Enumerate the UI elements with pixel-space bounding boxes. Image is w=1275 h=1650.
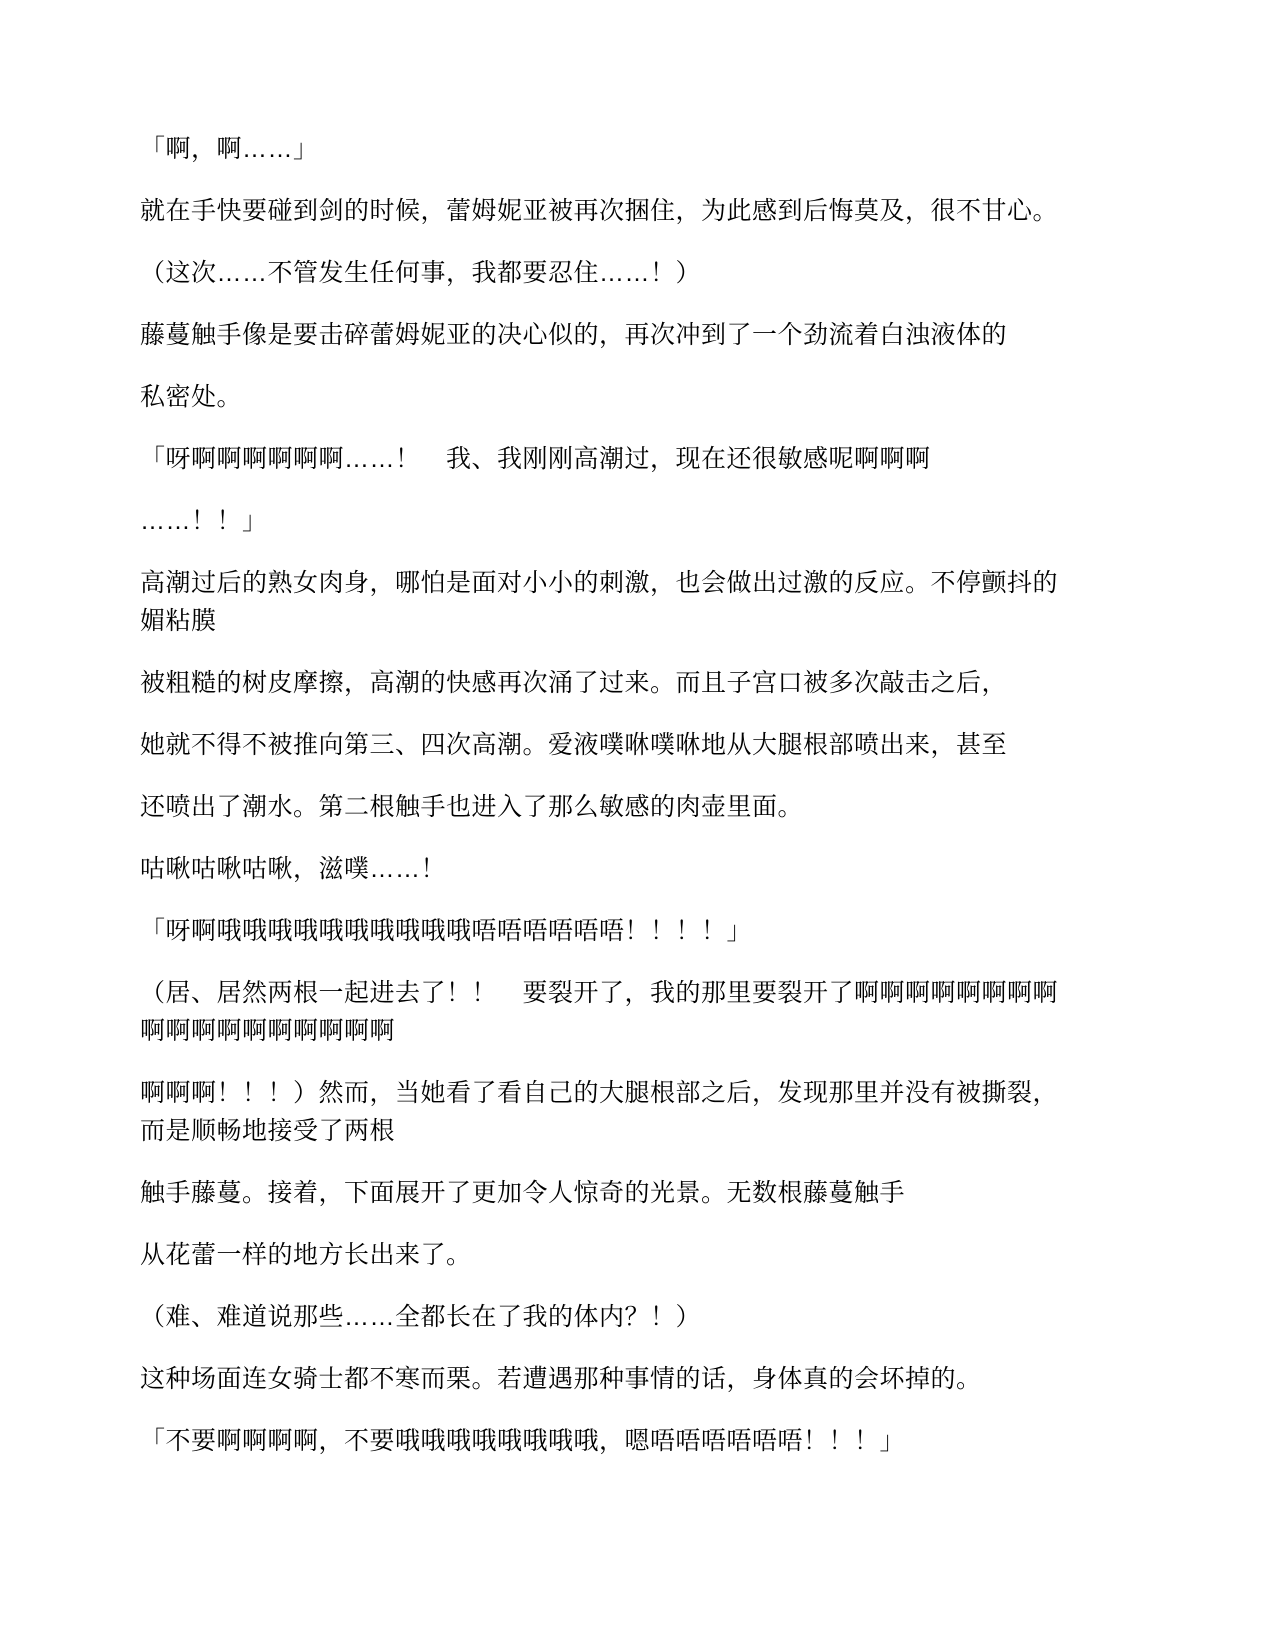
text-line: 她就不得不被推向第三、四次高潮。爱液噗咻噗咻地从大腿根部喷出来，甚至 [140, 726, 1170, 764]
text-line: 啊啊啊啊啊啊啊啊啊啊 [140, 1012, 1170, 1050]
paragraph: 咕啾咕啾咕啾，滋噗……！ [140, 850, 1170, 888]
paragraph: 就在手快要碰到剑的时候，蕾姆妮亚被再次捆住，为此感到后悔莫及，很不甘心。 [140, 192, 1170, 230]
paragraph: 她就不得不被推向第三、四次高潮。爱液噗咻噗咻地从大腿根部喷出来，甚至 [140, 726, 1170, 764]
text-line: （这次……不管发生任何事，我都要忍住……！） [140, 254, 1170, 292]
text-line: 咕啾咕啾咕啾，滋噗……！ [140, 850, 1170, 888]
document-page: 「啊，啊……」 就在手快要碰到剑的时候，蕾姆妮亚被再次捆住，为此感到后悔莫及，很… [0, 0, 1275, 1650]
text-line: 这种场面连女骑士都不寒而栗。若遭遇那种事情的话，身体真的会坏掉的。 [140, 1360, 1170, 1398]
text-line: 藤蔓触手像是要击碎蕾姆妮亚的决心似的，再次冲到了一个劲流着白浊液体的 [140, 316, 1170, 354]
paragraph: ……！！」 [140, 502, 1170, 540]
text-line: 啊啊啊！！！）然而，当她看了看自己的大腿根部之后，发现那里并没有被撕裂， [140, 1074, 1170, 1112]
text-line: 还喷出了潮水。第二根触手也进入了那么敏感的肉壶里面。 [140, 788, 1170, 826]
text-line: 「呀啊啊啊啊啊啊……！ 我、我刚刚高潮过，现在还很敏感呢啊啊啊 [140, 440, 1170, 478]
paragraph: 「啊，啊……」 [140, 130, 1170, 168]
text-line: （居、居然两根一起进去了！！ 要裂开了，我的那里要裂开了啊啊啊啊啊啊啊啊 [140, 974, 1170, 1012]
text-line: 「呀啊哦哦哦哦哦哦哦哦哦哦唔唔唔唔唔唔！！！！」 [140, 912, 1170, 950]
paragraph: 「呀啊啊啊啊啊啊……！ 我、我刚刚高潮过，现在还很敏感呢啊啊啊 [140, 440, 1170, 478]
text-line: 而是顺畅地接受了两根 [140, 1112, 1170, 1150]
text-line: ……！！」 [140, 502, 1170, 540]
paragraph: （这次……不管发生任何事，我都要忍住……！） [140, 254, 1170, 292]
paragraph: 啊啊啊！！！）然而，当她看了看自己的大腿根部之后，发现那里并没有被撕裂， 而是顺… [140, 1074, 1170, 1150]
paragraph: 「不要啊啊啊啊，不要哦哦哦哦哦哦哦哦，嗯唔唔唔唔唔唔！！！」 [140, 1422, 1170, 1460]
paragraph: 藤蔓触手像是要击碎蕾姆妮亚的决心似的，再次冲到了一个劲流着白浊液体的 [140, 316, 1170, 354]
paragraph: 触手藤蔓。接着，下面展开了更加令人惊奇的光景。无数根藤蔓触手 [140, 1174, 1170, 1212]
text-line: 私密处。 [140, 378, 1170, 416]
text-line: 「啊，啊……」 [140, 130, 1170, 168]
text-line: 媚粘膜 [140, 602, 1170, 640]
paragraph: 这种场面连女骑士都不寒而栗。若遭遇那种事情的话，身体真的会坏掉的。 [140, 1360, 1170, 1398]
paragraph: （居、居然两根一起进去了！！ 要裂开了，我的那里要裂开了啊啊啊啊啊啊啊啊 啊啊啊… [140, 974, 1170, 1050]
paragraph: 高潮过后的熟女肉身，哪怕是面对小小的刺激，也会做出过激的反应。不停颤抖的 媚粘膜 [140, 564, 1170, 640]
text-line: 从花蕾一样的地方长出来了。 [140, 1236, 1170, 1274]
paragraph: 被粗糙的树皮摩擦，高潮的快感再次涌了过来。而且子宫口被多次敲击之后， [140, 664, 1170, 702]
text-line: 触手藤蔓。接着，下面展开了更加令人惊奇的光景。无数根藤蔓触手 [140, 1174, 1170, 1212]
paragraph: 还喷出了潮水。第二根触手也进入了那么敏感的肉壶里面。 [140, 788, 1170, 826]
text-content: 「啊，啊……」 就在手快要碰到剑的时候，蕾姆妮亚被再次捆住，为此感到后悔莫及，很… [140, 130, 1170, 1484]
text-line: 就在手快要碰到剑的时候，蕾姆妮亚被再次捆住，为此感到后悔莫及，很不甘心。 [140, 192, 1170, 230]
paragraph: 从花蕾一样的地方长出来了。 [140, 1236, 1170, 1274]
text-line: 被粗糙的树皮摩擦，高潮的快感再次涌了过来。而且子宫口被多次敲击之后， [140, 664, 1170, 702]
text-line: （难、难道说那些……全都长在了我的体内？！） [140, 1298, 1170, 1336]
paragraph: （难、难道说那些……全都长在了我的体内？！） [140, 1298, 1170, 1336]
paragraph: 「呀啊哦哦哦哦哦哦哦哦哦哦唔唔唔唔唔唔！！！！」 [140, 912, 1170, 950]
text-line: 高潮过后的熟女肉身，哪怕是面对小小的刺激，也会做出过激的反应。不停颤抖的 [140, 564, 1170, 602]
text-line: 「不要啊啊啊啊，不要哦哦哦哦哦哦哦哦，嗯唔唔唔唔唔唔！！！」 [140, 1422, 1170, 1460]
paragraph: 私密处。 [140, 378, 1170, 416]
